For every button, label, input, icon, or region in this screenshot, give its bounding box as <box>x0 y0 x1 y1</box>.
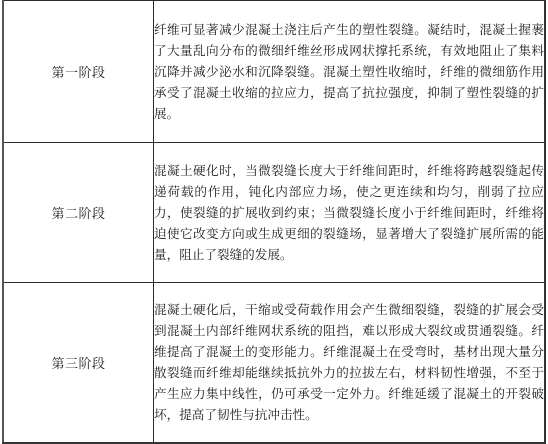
stage-label: 第二阶段 <box>3 143 154 283</box>
stage-description: 混凝土硬化后，干缩或受荷载作用会产生微细裂缝，裂缝的扩展会受到混凝土内部纤维网状… <box>154 283 546 443</box>
table-row: 第一阶段 纤维可显著减少混凝土浇注后产生的塑性裂缝。凝结时，混凝土握裹了大量乱向… <box>3 1 545 143</box>
table-row: 第二阶段 混凝土硬化时，当微裂缝长度大于纤维间距时，纤维将跨越裂缝起传递荷载的作… <box>3 143 545 283</box>
stage-description: 纤维可显著减少混凝土浇注后产生的塑性裂缝。凝结时，混凝土握裹了大量乱向分布的微细… <box>154 1 546 143</box>
fiber-concrete-stages-table: 第一阶段 纤维可显著减少混凝土浇注后产生的塑性裂缝。凝结时，混凝土握裹了大量乱向… <box>2 0 546 444</box>
stage-description: 混凝土硬化时，当微裂缝长度大于纤维间距时，纤维将跨越裂缝起传递荷载的作用，钝化内… <box>154 143 546 283</box>
stage-label: 第三阶段 <box>3 283 154 443</box>
stage-label: 第一阶段 <box>3 1 154 143</box>
table-row: 第三阶段 混凝土硬化后，干缩或受荷载作用会产生微细裂缝，裂缝的扩展会受到混凝土内… <box>3 283 545 443</box>
